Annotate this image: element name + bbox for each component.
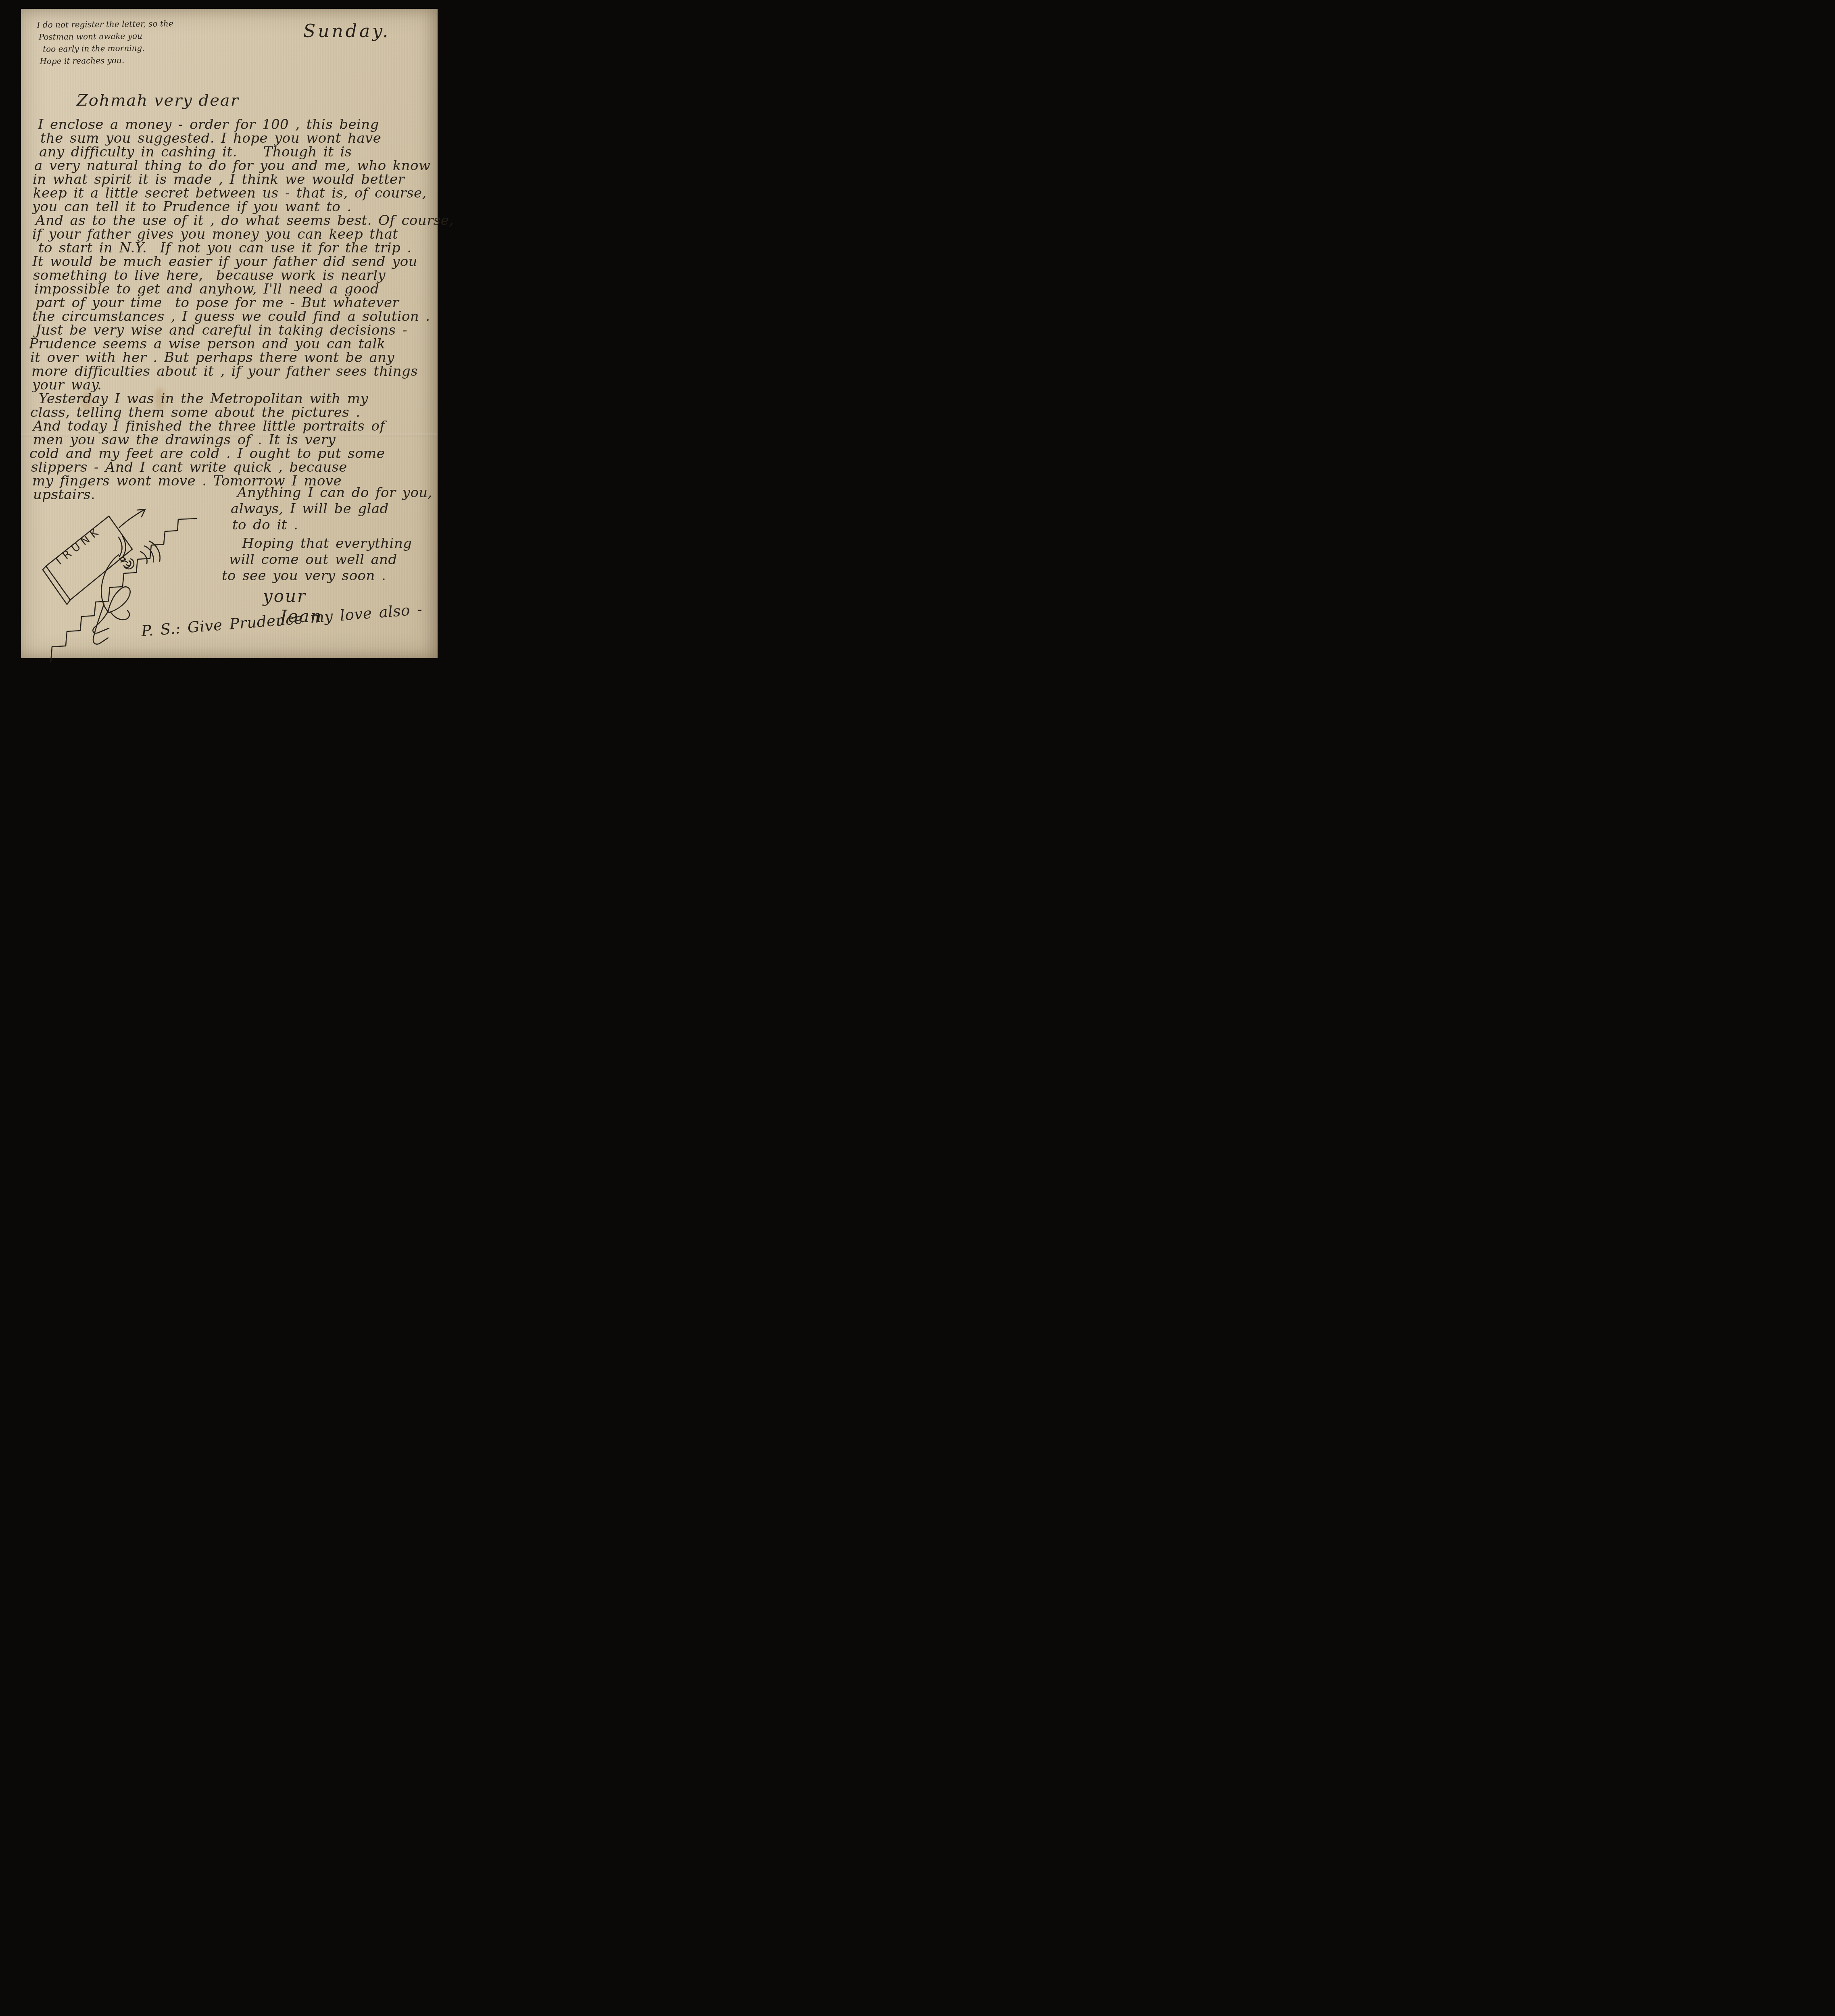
handwritten-line: And today I finished the three little po…	[33, 419, 453, 433]
handwritten-line: you can tell it to Prudence if you want …	[32, 200, 453, 214]
trunk-up-stairs-drawing: TRUNK	[40, 498, 208, 665]
handwritten-line: impossible to get and anyhow, I'll need …	[34, 282, 453, 296]
handwritten-line: the circumstances , I guess we could fin…	[32, 310, 453, 323]
handwritten-line: will come out well and	[229, 552, 412, 568]
handwritten-line: if your father gives you money you can k…	[32, 227, 453, 241]
handwritten-line: class, telling them some about the pictu…	[30, 406, 453, 419]
handwritten-line: I do not register the letter, so the	[37, 17, 173, 31]
handwritten-line: Hope it reaches you.	[40, 54, 173, 67]
handwritten-line: I enclose a money - order for 100 , this…	[38, 118, 453, 131]
aside-note: Anything I can do for you,always, I will…	[231, 485, 432, 533]
handwritten-line: And as to the use of it , do what seems …	[35, 214, 453, 227]
handwritten-line: the sum you suggested. I hope you wont h…	[40, 131, 453, 145]
handwritten-line: any difficulty in cashing it. Though it …	[39, 145, 453, 159]
handwritten-line: something to live here, because work is …	[33, 269, 453, 282]
climbing-figure	[93, 536, 160, 644]
handwritten-line: Prudence seems a wise person and you can…	[29, 337, 453, 351]
handwritten-line: slippers - And I cant write quick , beca…	[31, 460, 453, 474]
handwritten-line: always, I will be glad	[231, 501, 432, 517]
head-scribble	[124, 559, 134, 569]
trunk-drawing-svg: TRUNK	[40, 498, 208, 665]
handwritten-line: men you saw the drawings of . It is very	[33, 433, 453, 447]
handwritten-line: a very natural thing to do for you and m…	[34, 159, 453, 173]
handwritten-line: Just be very wise and careful in taking …	[35, 323, 453, 337]
handwritten-line: Anything I can do for you,	[237, 485, 432, 501]
handwritten-line: to start in N.Y. If not you can use it f…	[38, 241, 453, 255]
salutation: Zohmah very dear	[77, 91, 239, 110]
handwritten-line: it over with her . But perhaps there won…	[30, 351, 453, 364]
handwritten-line: part of your time to pose for me - But w…	[35, 296, 453, 310]
letter-date: Sunday.	[303, 21, 390, 42]
up-arrow-icon	[119, 509, 145, 527]
handwritten-line: too early in the morning.	[43, 42, 173, 55]
trunk-label: TRUNK	[52, 524, 104, 569]
handwritten-line: Hoping that everything	[242, 535, 412, 552]
handwritten-line: Yesterday I was in the Metropolitan with…	[39, 392, 453, 406]
handwritten-line: Postman wont awake you	[39, 29, 173, 43]
handwritten-line: in what spirit it is made , I think we w…	[33, 173, 453, 186]
handwritten-line: your way.	[32, 378, 453, 392]
hoping-note: Hoping that everythingwill come out well…	[222, 535, 412, 584]
handwritten-line: to see you very soon .	[222, 568, 412, 584]
letter-paper: I do not register the letter, so thePost…	[21, 9, 438, 658]
closing: your	[263, 586, 307, 606]
handwritten-line: more difficulties about it , if your fat…	[31, 364, 453, 378]
handwritten-line: keep it a little secret between us - tha…	[33, 186, 453, 200]
handwritten-line: It would be much easier if your father d…	[32, 255, 453, 269]
handwritten-line: to do it .	[232, 517, 432, 533]
top-note: I do not register the letter, so thePost…	[37, 17, 173, 67]
letter-body: I enclose a money - order for 100 , this…	[33, 118, 453, 502]
photo-background: { "page": { "background_color": "#0a0907…	[0, 0, 459, 680]
handwritten-line: cold and my feet are cold . I ought to p…	[29, 447, 453, 460]
